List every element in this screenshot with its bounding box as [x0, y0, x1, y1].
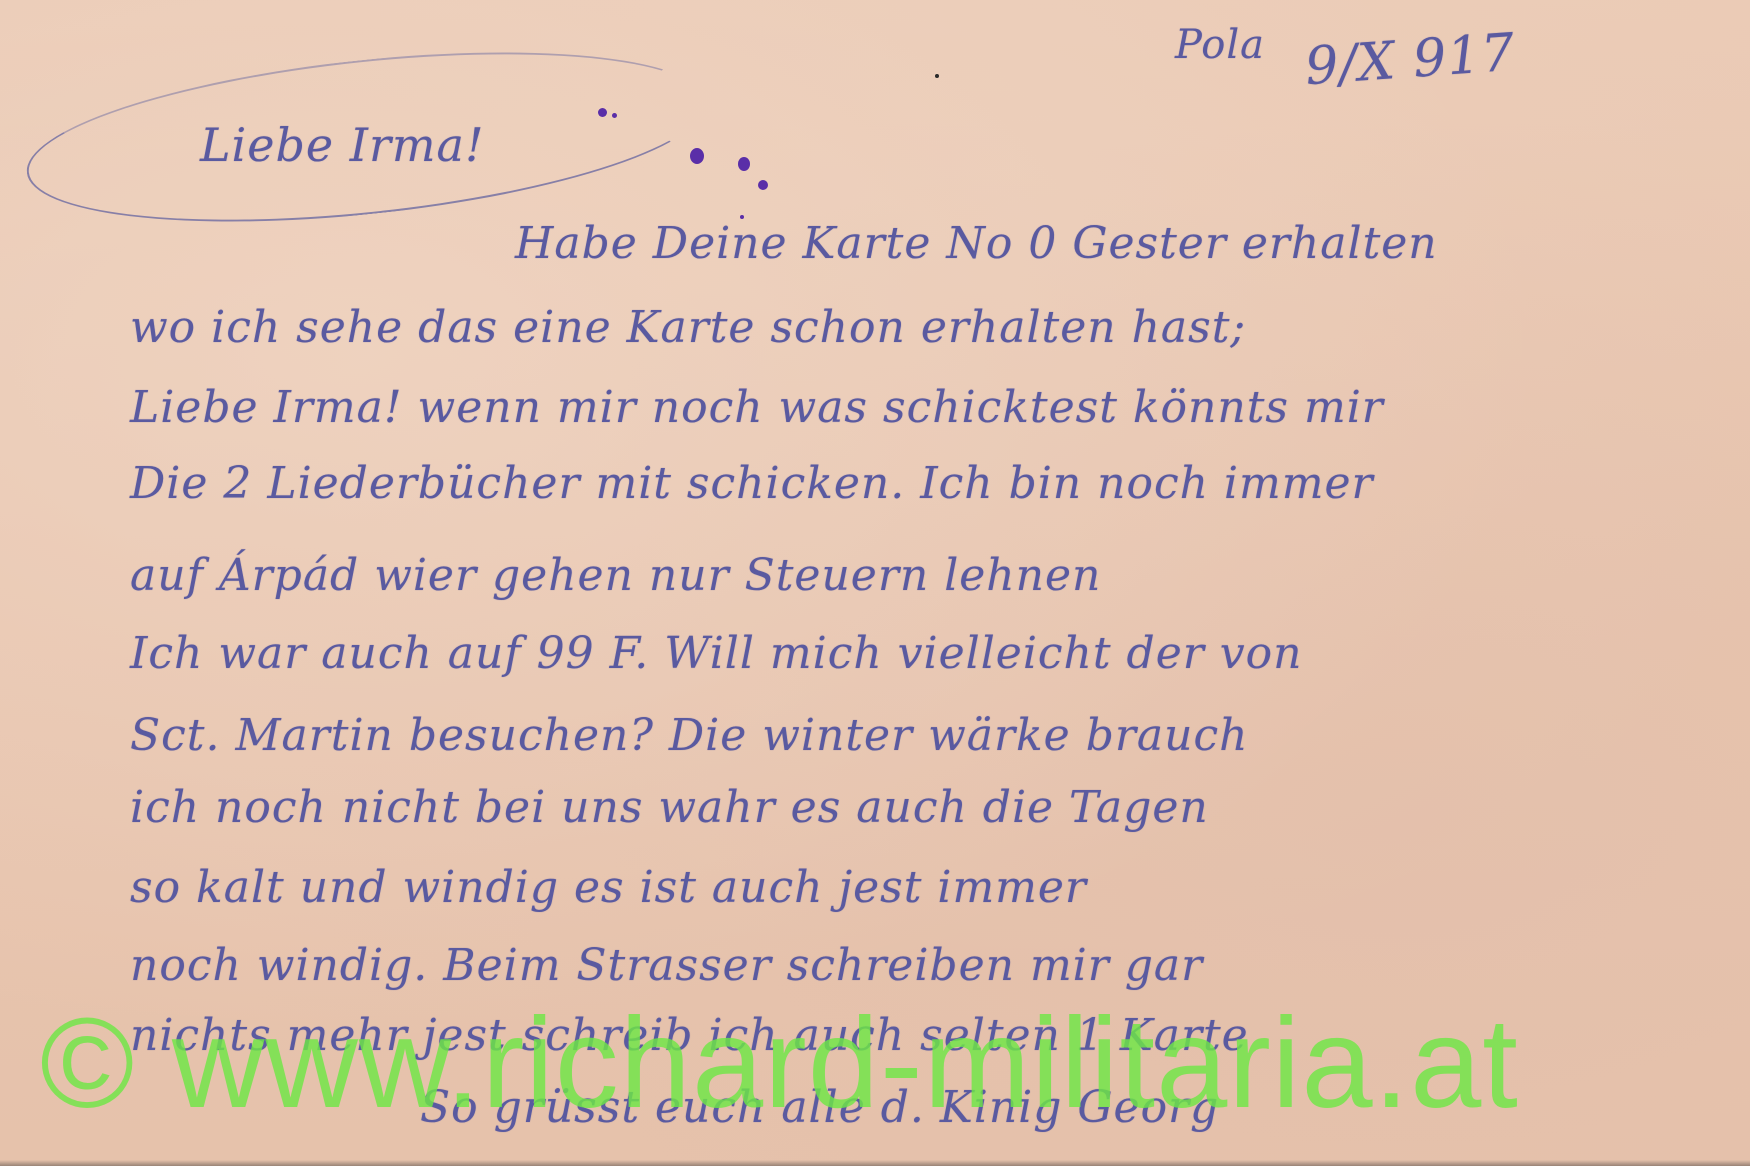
letter-line-10: noch windig. Beim Strasser schreiben mir… [130, 940, 1203, 991]
letter-line-7: Sct. Martin besuchen? Die winter wärke b… [130, 710, 1248, 761]
letter-line-8: ich noch nicht bei uns wahr es auch die … [130, 782, 1209, 833]
greeting: Liebe Irma! [200, 118, 484, 172]
letter-line-9: so kalt und windig es ist auch jest imme… [130, 862, 1087, 913]
letter-line-6: Ich war auch auf 99 F. Will mich viellei… [130, 628, 1302, 679]
letter-line-5: auf Árpád wier gehen nur Steuern lehnen [130, 550, 1101, 601]
paper-speck [935, 74, 939, 78]
letter-line-2: wo ich sehe das eine Karte schon erhalte… [130, 302, 1246, 353]
ink-spot [738, 157, 750, 171]
letter-line-3: Liebe Irma! wenn mir noch was schicktest… [130, 382, 1384, 433]
scan-edge-shadow [0, 1160, 1750, 1166]
place-name: Pola [1175, 22, 1265, 68]
copyright-watermark: © www.richard-militaria.at [40, 1000, 1519, 1128]
letter-line-1: Habe Deine Karte No 0 Gester erhalten [515, 218, 1438, 269]
ink-spot [598, 108, 607, 117]
ink-spot [612, 113, 617, 118]
ink-spot [758, 180, 768, 190]
ink-spot [690, 148, 704, 164]
letter-line-4: Die 2 Liederbücher mit schicken. Ich bin… [130, 458, 1374, 509]
